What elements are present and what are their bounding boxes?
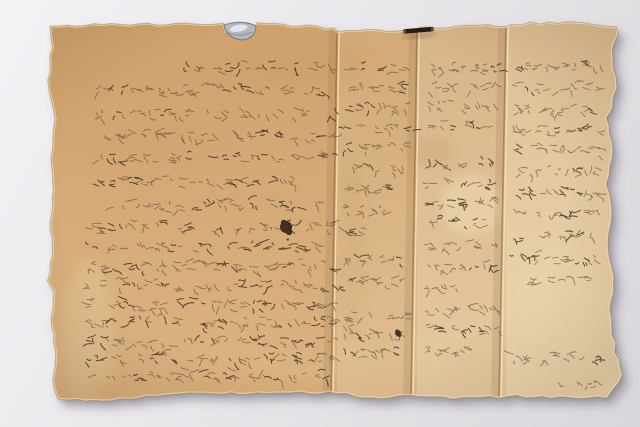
photo-stage <box>0 0 640 427</box>
paper-surface <box>30 0 634 427</box>
letter-photograph <box>0 0 640 427</box>
